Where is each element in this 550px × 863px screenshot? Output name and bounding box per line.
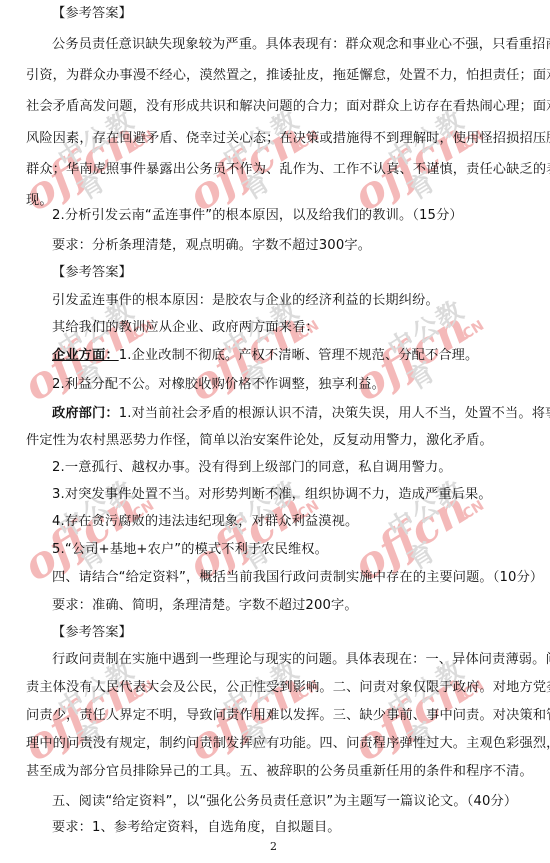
line-text: 社会矛盾高发问题，没有形成共识和解决问题的合力；面对群众上访存在看热闹心理；面对 [26, 99, 550, 114]
line-text: 4.存在贪污腐败的违法违纪现象，对群众利益漠视。 [52, 514, 358, 529]
text-line: 【参考答案】 [52, 6, 132, 22]
text-line: 企业方面：1.企业改制不彻底。产权不清晰、管理不规范、分配不合理。 [52, 348, 478, 364]
line-text: 现。 [26, 193, 53, 208]
text-line: 风险因素，存在回避矛盾、侥幸过关心态；在决策或措施得不到理解时，使用怪招损招压服 [26, 131, 550, 147]
line-text: 五、阅读“给定资料”，以“强化公务员责任意识”为主题写一篇议论文。（40分） [52, 794, 517, 809]
line-text: 【参考答案】 [52, 265, 132, 280]
text-line: 现。 [26, 193, 53, 209]
line-text: 件定性为农村黑恶势力作怪，简单以治安案件论处，反复动用警力，激化矛盾。 [26, 433, 493, 448]
line-text: 2.分析引发云南“孟连事件”的根本原因，以及给我们的教训。（15分） [52, 208, 463, 223]
text-line: 甚至成为部分官员排除异己的工具。五、被辞职的公务员重新任用的条件和程序不清。 [26, 764, 533, 780]
line-text: 责主体没有人民代表大会及公民，公正性受到影响。二、问责对象仅限于政府。对地方党委 [26, 680, 550, 695]
line-text: 四、请结合“给定资料”，概括当前我国行政问责制实施中存在的主要问题。（10分） [52, 570, 543, 585]
text-line: 2.利益分配不公。对橡胶收购价格不作调整，独享利益。 [52, 377, 385, 393]
line-text: 理中的问责没有规定，制约问责制发挥应有功能。四、问责程序弹性过大。主观色彩强烈， [26, 736, 550, 751]
text-line: 引发孟连事件的根本原因：是胶农与企业的经济利益的长期纠纷。 [52, 293, 439, 309]
section-label: 政府部门： [52, 406, 119, 421]
document-page: offcnCN 中公教育 offcnCN 中公教育 offcnCN 中公教育 o… [0, 0, 550, 863]
text-line: 要求：1、参考给定资料，自选角度，自拟题目。 [52, 820, 341, 836]
line-text: 【参考答案】 [52, 625, 132, 640]
text-line: 4.存在贪污腐败的违法违纪现象，对群众利益漠视。 [52, 514, 358, 530]
line-text: 要求：分析条理清楚，观点明确。字数不超过300字。 [52, 238, 371, 253]
text-line: 2.一意孤行、越权办事。没有得到上级部门的同意，私自调用警力。 [52, 460, 452, 476]
line-text: 要求：准确、简明，条理清楚。字数不超过200字。 [52, 598, 358, 613]
line-text: 1.企业改制不彻底。产权不清晰、管理不规范、分配不合理。 [119, 348, 479, 363]
line-text: 1.对当前社会矛盾的根源认识不清，决策失误，用人不当，处置不当。将事 [119, 406, 550, 421]
line-text: 引资，为群众办事漫不经心，漠然置之，推诿扯皮，拖延懈怠，处置不力，怕担责任；面对 [26, 68, 550, 83]
text-line: 五、阅读“给定资料”，以“强化公务员责任意识”为主题写一篇议论文。（40分） [52, 794, 517, 810]
text-line: 政府部门：1.对当前社会矛盾的根源认识不清，决策失误，用人不当，处置不当。将事 [52, 406, 550, 422]
line-text: 2.利益分配不公。对橡胶收购价格不作调整，独享利益。 [52, 377, 385, 392]
text-line: 四、请结合“给定资料”，概括当前我国行政问责制实施中存在的主要问题。（10分） [52, 570, 543, 586]
line-text: 引发孟连事件的根本原因：是胶农与企业的经济利益的长期纠纷。 [52, 293, 439, 308]
section-label: 企业方面： [52, 348, 119, 363]
line-text: 甚至成为部分官员排除异己的工具。五、被辞职的公务员重新任用的条件和程序不清。 [26, 764, 533, 779]
text-line: 2.分析引发云南“孟连事件”的根本原因，以及给我们的教训。（15分） [52, 208, 463, 224]
line-text: 【参考答案】 [52, 6, 132, 21]
text-line: 5.“公司+基地+农户”的模式不利于农民维权。 [52, 542, 328, 558]
text-line: 行政问责制在实施中遇到一些理论与现实的问题。具体表现在：一、异体问责薄弱。问 [52, 652, 550, 668]
line-text: 问责少，责任人界定不明，导致问责作用难以发挥。三、缺少事前、事中问责。对决策和管 [26, 708, 550, 723]
line-text: 5.“公司+基地+农户”的模式不利于农民维权。 [52, 542, 328, 557]
text-line: 要求：分析条理清楚，观点明确。字数不超过300字。 [52, 238, 371, 254]
document-body: 【参考答案】公务员责任意识缺失现象较为严重。具体表现有：群众观念和事业心不强，只… [0, 0, 550, 863]
text-line: 3.对突发事件处置不当。对形势判断不准，组织协调不力，造成严重后果。 [52, 487, 492, 503]
text-line: 责主体没有人民代表大会及公民，公正性受到影响。二、问责对象仅限于政府。对地方党委 [26, 680, 550, 696]
text-line: 件定性为农村黑恶势力作怪，简单以治安案件论处，反复动用警力，激化矛盾。 [26, 433, 493, 449]
line-text: 2.一意孤行、越权办事。没有得到上级部门的同意，私自调用警力。 [52, 460, 452, 475]
line-text: 3.对突发事件处置不当。对形势判断不准，组织协调不力，造成严重后果。 [52, 487, 492, 502]
text-line: 社会矛盾高发问题，没有形成共识和解决问题的合力；面对群众上访存在看热闹心理；面对 [26, 99, 550, 115]
line-text: 其给我们的教训应从企业、政府两方面来看： [52, 320, 319, 335]
page-number: 2 [270, 840, 277, 853]
line-text: 要求：1、参考给定资料，自选角度，自拟题目。 [52, 820, 341, 835]
line-text: 群众；华南虎照事件暴露出公务员不作为、乱作为、工作不认真、不谨慎，责任心缺乏的表 [26, 162, 550, 177]
text-line: 要求：准确、简明，条理清楚。字数不超过200字。 [52, 598, 358, 614]
text-line: 【参考答案】 [52, 265, 132, 281]
text-line: 理中的问责没有规定，制约问责制发挥应有功能。四、问责程序弹性过大。主观色彩强烈， [26, 736, 550, 752]
text-line: 群众；华南虎照事件暴露出公务员不作为、乱作为、工作不认真、不谨慎，责任心缺乏的表 [26, 162, 550, 178]
text-line: 公务员责任意识缺失现象较为严重。具体表现有：群众观念和事业心不强，只看重招商 [52, 37, 550, 53]
text-line: 引资，为群众办事漫不经心，漠然置之，推诿扯皮，拖延懈怠，处置不力，怕担责任；面对 [26, 68, 550, 84]
text-line: 问责少，责任人界定不明，导致问责作用难以发挥。三、缺少事前、事中问责。对决策和管 [26, 708, 550, 724]
text-line: 【参考答案】 [52, 625, 132, 641]
line-text: 风险因素，存在回避矛盾、侥幸过关心态；在决策或措施得不到理解时，使用怪招损招压服 [26, 131, 550, 146]
text-line: 其给我们的教训应从企业、政府两方面来看： [52, 320, 319, 336]
line-text: 行政问责制在实施中遇到一些理论与现实的问题。具体表现在：一、异体问责薄弱。问 [52, 652, 550, 667]
line-text: 公务员责任意识缺失现象较为严重。具体表现有：群众观念和事业心不强，只看重招商 [52, 37, 550, 52]
